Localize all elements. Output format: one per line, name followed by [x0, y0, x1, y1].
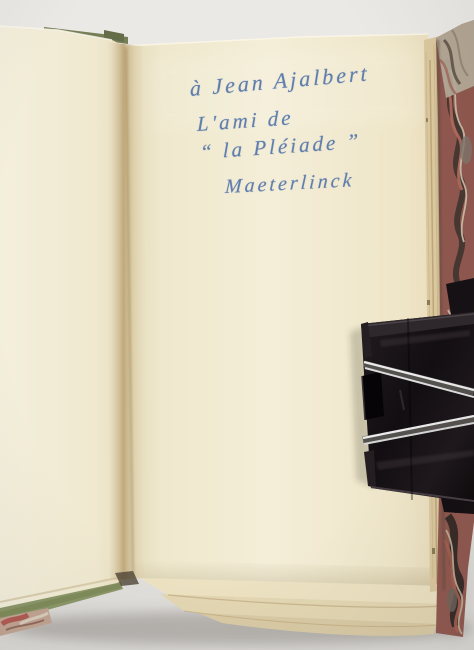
- book-photo: à Jean Ajalbert L'ami de “ la Pléiade ” …: [0, 0, 474, 650]
